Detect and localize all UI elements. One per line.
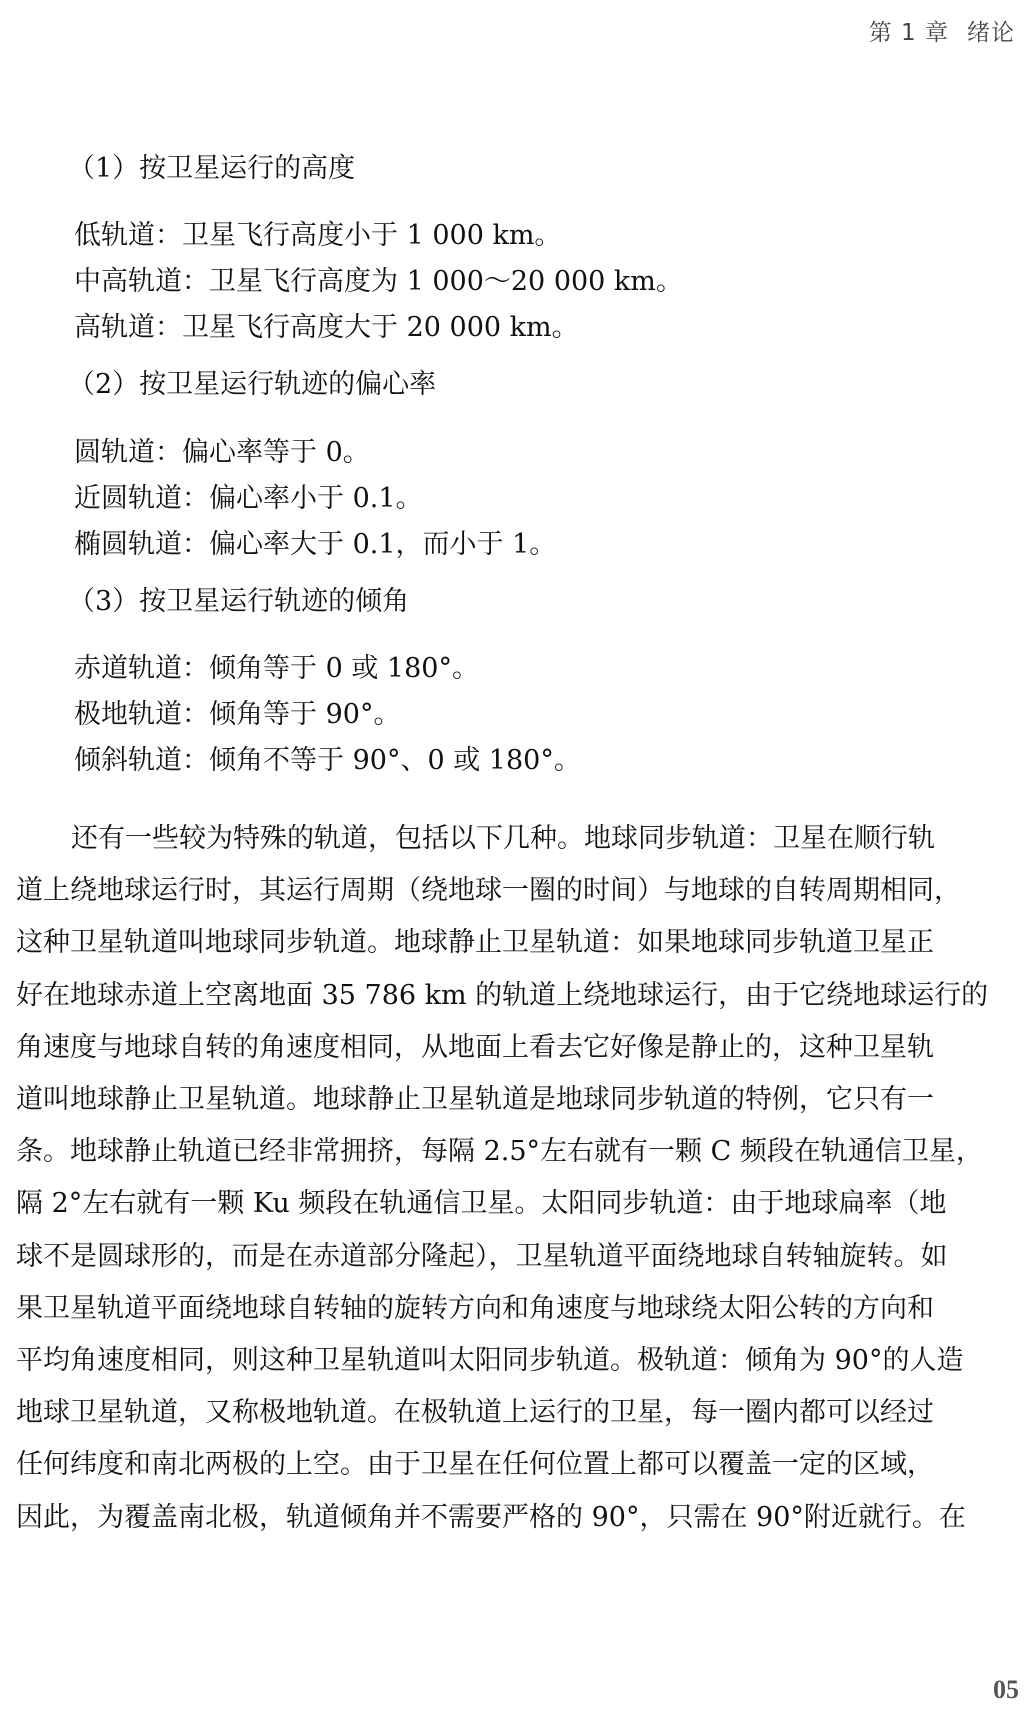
list-item: 中高轨道：卫星飞行高度为 1 000～20 000 km。 bbox=[74, 265, 683, 299]
paragraph-line: 平均角速度相同，则这种卫星轨道叫太阳同步轨道。极轨道：倾角为 90°的人造 bbox=[16, 1335, 1016, 1387]
page-number: 05 bbox=[993, 1675, 1019, 1705]
chapter-title: 绪论 bbox=[967, 20, 1015, 46]
list-item: 近圆轨道：偏心率小于 0.1。 bbox=[74, 482, 423, 516]
paragraph-line: 角速度与地球自转的角速度相同，从地面上看去它好像是静止的，这种卫星轨 bbox=[16, 1022, 1016, 1074]
list-item: 圆轨道：偏心率等于 0。 bbox=[74, 436, 370, 470]
list-item: 椭圆轨道：偏心率大于 0.1，而小于 1。 bbox=[74, 528, 556, 562]
list-item: 低轨道：卫星飞行高度小于 1 000 km。 bbox=[74, 219, 561, 253]
running-header: 第 1 章绪论 bbox=[869, 14, 1015, 47]
body-paragraph: 还有一些较为特殊的轨道，包括以下几种。地球同步轨道：卫星在顺行轨 道上绕地球运行… bbox=[16, 813, 1016, 1544]
paragraph-line: 任何纬度和南北两极的上空。由于卫星在任何位置上都可以覆盖一定的区域， bbox=[16, 1439, 1016, 1491]
paragraph-line: 地球卫星轨道，又称极地轨道。在极轨道上运行的卫星，每一圈内都可以经过 bbox=[16, 1387, 1016, 1439]
chapter-label: 第 1 章 bbox=[869, 20, 949, 46]
paragraph-line: 果卫星轨道平面绕地球自转轴的旋转方向和角速度与地球绕太阳公转的方向和 bbox=[16, 1283, 1016, 1335]
list-item: 高轨道：卫星飞行高度大于 20 000 km。 bbox=[74, 311, 579, 345]
paragraph-line: 道叫地球静止卫星轨道。地球静止卫星轨道是地球同步轨道的特例，它只有一 bbox=[16, 1074, 1016, 1126]
paragraph-line: 隔 2°左右就有一颗 Ku 频段在轨通信卫星。太阳同步轨道：由于地球扁率（地 bbox=[16, 1178, 1016, 1230]
paragraph-line: 这种卫星轨道叫地球同步轨道。地球静止卫星轨道：如果地球同步轨道卫星正 bbox=[16, 917, 1016, 969]
section-heading-eccentricity: （2）按卫星运行轨迹的偏心率 bbox=[68, 368, 436, 402]
paragraph-line: 还有一些较为特殊的轨道，包括以下几种。地球同步轨道：卫星在顺行轨 bbox=[16, 813, 1016, 865]
paragraph-line: 球不是圆球形的，而是在赤道部分隆起），卫星轨道平面绕地球自转轴旋转。如 bbox=[16, 1231, 1016, 1283]
paragraph-line: 好在地球赤道上空离地面 35 786 km 的轨道上绕地球运行，由于它绕地球运行… bbox=[16, 970, 1016, 1022]
paragraph-line: 道上绕地球运行时，其运行周期（绕地球一圈的时间）与地球的自转周期相同， bbox=[16, 865, 1016, 917]
list-item: 倾斜轨道：倾角不等于 90°、0 或 180°。 bbox=[74, 744, 581, 778]
list-item: 赤道轨道：倾角等于 0 或 180°。 bbox=[74, 652, 479, 686]
section-heading-inclination: （3）按卫星运行轨迹的倾角 bbox=[68, 585, 409, 619]
paragraph-line: 条。地球静止轨道已经非常拥挤，每隔 2.5°左右就有一颗 C 频段在轨通信卫星， bbox=[16, 1126, 1016, 1178]
list-item: 极地轨道：倾角等于 90°。 bbox=[74, 698, 400, 732]
section-heading-altitude: （1）按卫星运行的高度 bbox=[68, 152, 355, 186]
paragraph-line: 因此，为覆盖南北极，轨道倾角并不需要严格的 90°，只需在 90°附近就行。在 bbox=[16, 1492, 1016, 1544]
